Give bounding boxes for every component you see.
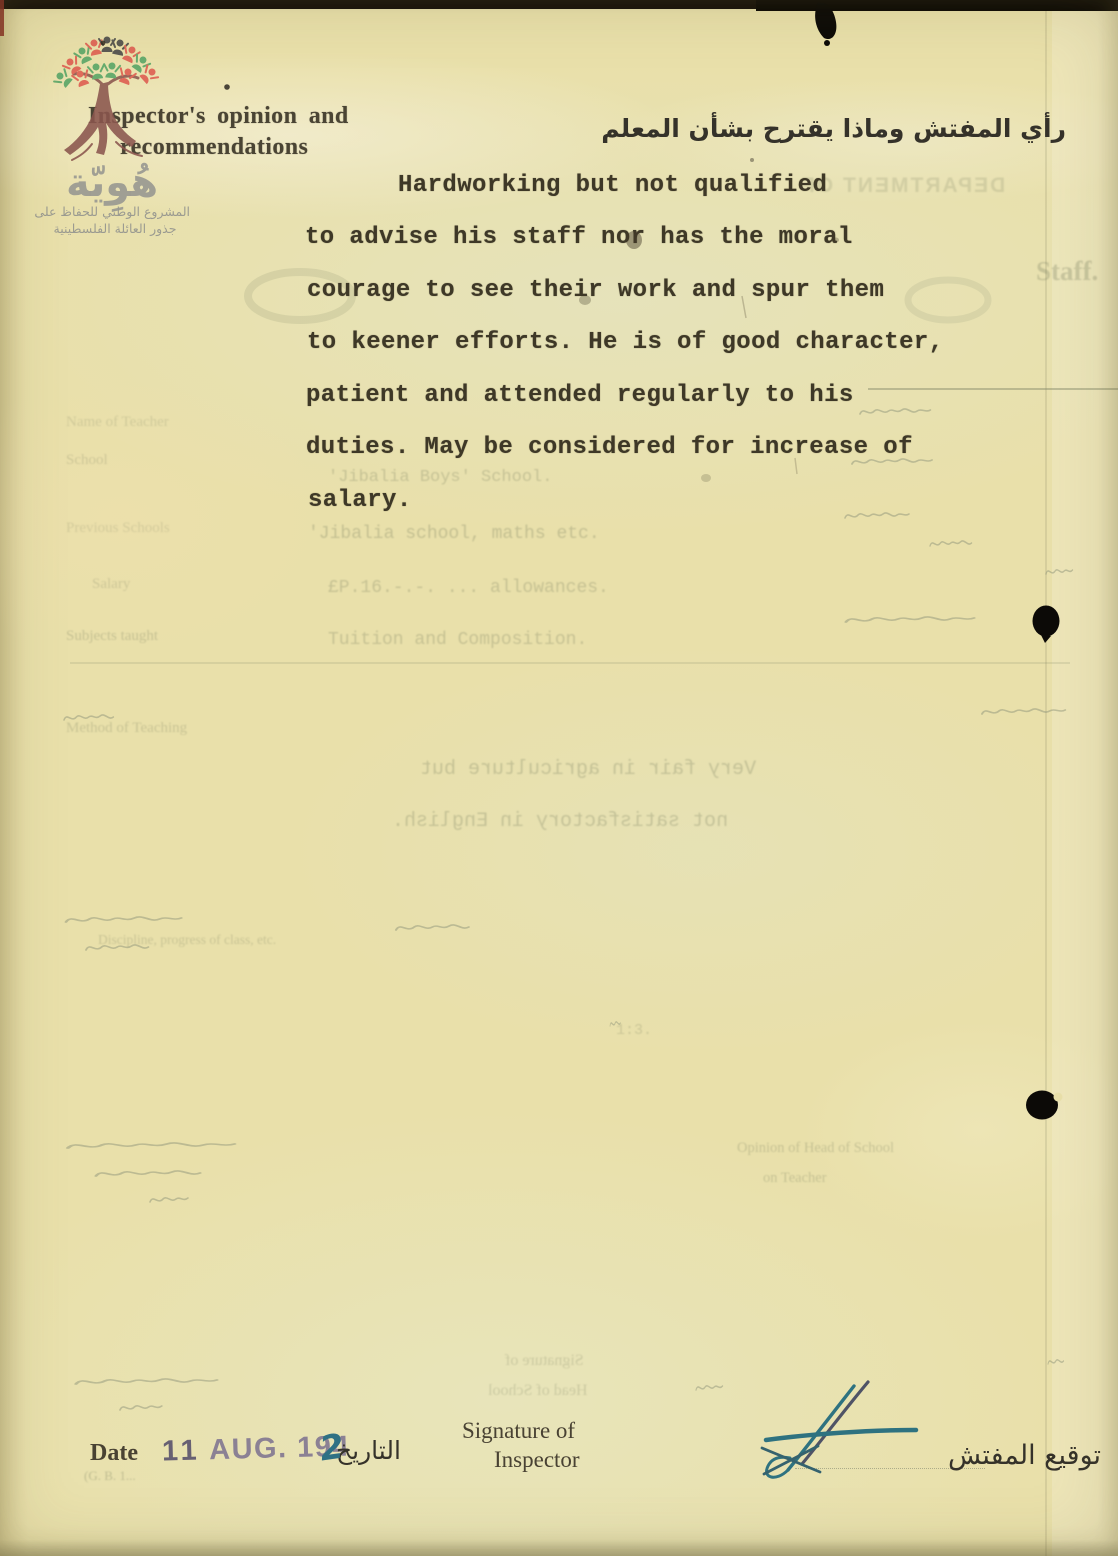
- report-line: salary.: [308, 487, 412, 514]
- watermark-brand-text: هُوِيّة: [66, 160, 158, 206]
- bleed-swirl: [908, 280, 988, 320]
- bleed-method-value-1: Very fair in agriculture but: [420, 758, 756, 781]
- handwriting-trace: [930, 541, 972, 546]
- handwriting-trace: [860, 409, 930, 414]
- person-figure-icon: [127, 45, 136, 54]
- signature-label-line-2: Inspector: [494, 1447, 580, 1473]
- form-fine-print: (G. B. 1...: [84, 1468, 136, 1484]
- date-label: Date: [90, 1440, 138, 1467]
- watermark-tagline-1: المشروع الوطني للحفاظ على: [40, 204, 190, 219]
- person-figure-icon: [65, 57, 75, 67]
- person-figure-icon: [90, 39, 98, 47]
- signature-label-line-1: Signature of: [462, 1418, 575, 1444]
- handwriting-trace: [696, 1386, 723, 1390]
- handwriting-trace: [396, 925, 469, 930]
- scan-corner-sliver: [0, 0, 4, 36]
- section-title-line-2: recommendations: [120, 134, 308, 161]
- bleed-signature-head-1: Signature of: [505, 1352, 584, 1370]
- bleed-rule-mid: [70, 662, 1070, 664]
- scan-top-edge-dark: [756, 0, 1118, 11]
- person-figure-icon: [147, 67, 157, 77]
- person-figure-icon: [124, 68, 133, 77]
- bleed-rule-top: [868, 388, 1118, 390]
- person-figure-icon: [76, 70, 85, 79]
- signature-label-arabic: توقيع المفتش: [948, 1440, 1101, 1471]
- handwriting-trace: [76, 1379, 217, 1384]
- bleed-salary-value: £P.16.-.-. ... allowances.: [328, 578, 609, 598]
- ink-fleck: [750, 158, 754, 162]
- bleed-method-label: Method of Teaching: [66, 720, 187, 737]
- bleed-signature-head-2: Head of School: [488, 1382, 588, 1400]
- scan-bottom-edge: [0, 1540, 1118, 1556]
- handwriting-trace: [96, 1171, 200, 1176]
- handwriting-trace: [66, 917, 181, 922]
- bleed-opinion-label-1: Opinion of Head of School: [737, 1140, 894, 1157]
- person-figure-icon: [55, 71, 65, 81]
- bleed-school-value: 'Jibalia Boys' School.: [328, 468, 552, 487]
- ink-blot: [824, 40, 830, 46]
- watermark-tagline-2: جذور العائلة الفلسطينية: [40, 221, 190, 236]
- person-figure-icon: [138, 55, 148, 65]
- ink-fleck: [224, 84, 230, 90]
- bleed-name-label: Name of Teacher: [66, 414, 169, 431]
- report-line: patient and attended regularly to his: [306, 382, 854, 409]
- report-line: to keener efforts. He is of good charact…: [307, 329, 944, 356]
- bleed-previous-value: 'Jibalia school, maths etc.: [308, 524, 600, 544]
- bleed-previous-label: Previous Schools: [66, 520, 170, 537]
- paper-light-band: [1052, 0, 1118, 1556]
- report-line: duties. May be considered for increase o…: [306, 434, 913, 461]
- person-figure-icon: [108, 62, 116, 70]
- bleed-discipline-label: Discipline, progress of class, etc.: [98, 932, 276, 948]
- date-label-arabic: التاريخ: [336, 1436, 401, 1465]
- report-line: courage to see their work and spur them: [307, 277, 884, 304]
- bleed-subjects-label: Subjects taught: [66, 628, 158, 645]
- handwriting-trace: [120, 1406, 162, 1410]
- date-stamp-day: 11: [162, 1434, 201, 1467]
- handwriting-trace: [68, 1143, 234, 1148]
- person-figure-icon: [104, 37, 111, 44]
- handwriting-trace: [845, 513, 909, 518]
- report-line: Hardworking but not qualified: [398, 172, 827, 199]
- handwriting-trace: [846, 617, 974, 622]
- person-figure-icon: [92, 63, 100, 71]
- person-figure-icon: [116, 39, 124, 47]
- bleed-method-value-2: not satisfactory in English.: [392, 810, 728, 833]
- handwriting-trace: [150, 1198, 188, 1202]
- bleed-department-heading: DEPARTMENT OF: [800, 174, 1005, 198]
- bleed-salary-label: Salary: [92, 576, 130, 593]
- section-title-line-1: Inspector's opinion and: [88, 103, 349, 130]
- report-line: to advise his staff nor has the moral: [305, 224, 853, 251]
- section-title-arabic: رأي المفتش وماذا يقترح بشأن المعلم: [700, 114, 1066, 143]
- scanned-document-page: DEPARTMENT OF Staff. Name of Teacher Sch…: [0, 0, 1118, 1556]
- ink-smudge: [701, 474, 711, 482]
- bleed-school-label: School: [66, 452, 108, 469]
- bleed-subjects-value: Tuition and Composition.: [328, 630, 587, 650]
- paper-crease: [1045, 0, 1047, 1556]
- ink-fleck: [101, 41, 106, 46]
- person-figure-icon: [77, 46, 86, 55]
- bleed-staff-word: Staff.: [1036, 256, 1098, 287]
- people-canopy-icon: [52, 37, 160, 90]
- bleed-opinion-label-2: on Teacher: [763, 1170, 827, 1187]
- bleed-center-mark: 1:3.: [616, 1022, 652, 1039]
